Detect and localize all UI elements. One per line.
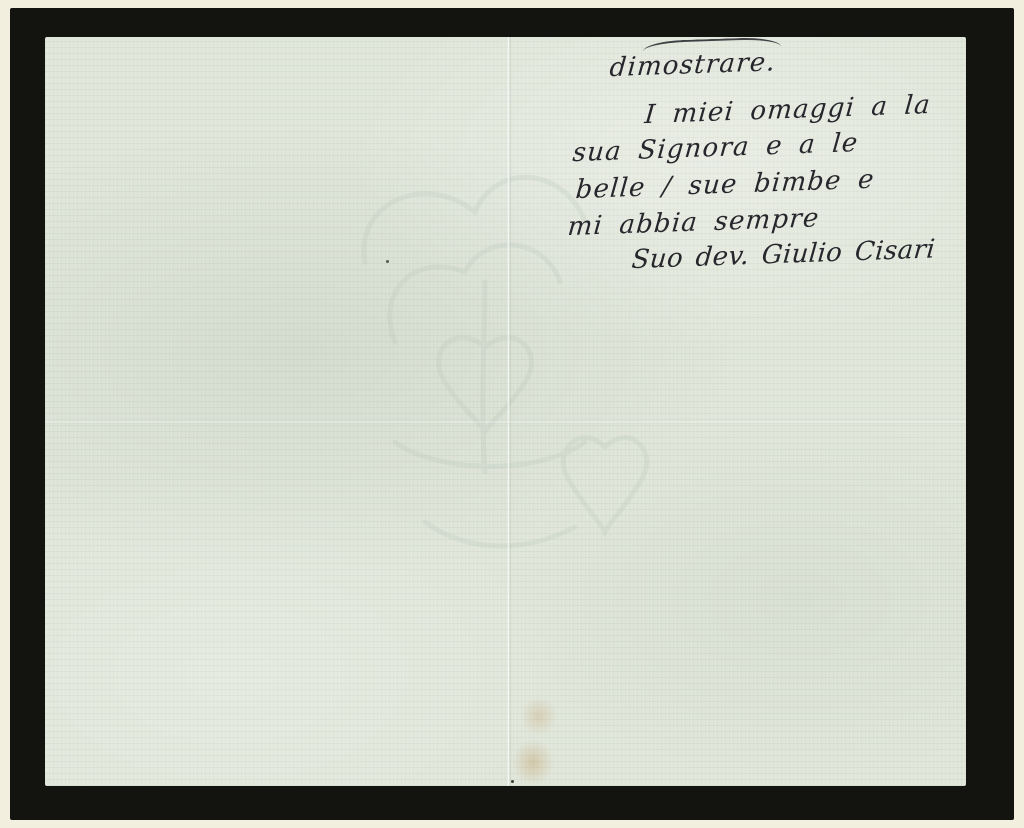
handwriting-block: dimostrare. I miei omaggi a la sua Signo…: [45, 37, 966, 786]
handwriting-line-2: I miei omaggi a la: [643, 90, 932, 130]
handwriting-line-4: belle / sue bimbe e: [574, 165, 876, 206]
handwriting-signature-line: Suo dev. Giulio Cisari: [630, 234, 936, 275]
letter-paper-sheet: dimostrare. I miei omaggi a la sua Signo…: [45, 37, 966, 786]
handwriting-line-1: dimostrare.: [608, 47, 777, 83]
handwriting-line-5: mi abbia sempre: [566, 203, 820, 242]
handwriting-line-3: sua Signora e a le: [571, 128, 859, 168]
scanned-letter-page: dimostrare. I miei omaggi a la sua Signo…: [0, 0, 1024, 828]
